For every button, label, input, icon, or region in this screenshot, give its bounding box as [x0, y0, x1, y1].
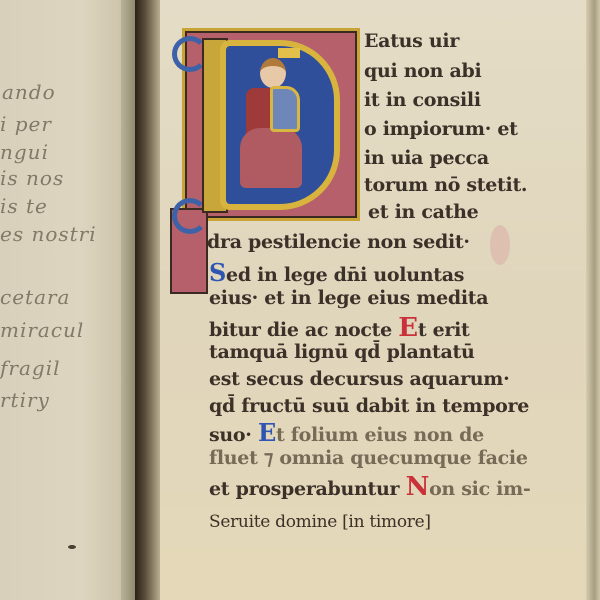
margin-note: rtiry — [0, 388, 50, 412]
margin-note: miracul — [0, 318, 84, 342]
red-initial: E — [398, 313, 418, 343]
text-line: et prosperabuntur Non sic im- — [209, 472, 530, 502]
line-text: et prosperabuntur — [209, 478, 399, 500]
margin-note: ngui — [0, 140, 49, 164]
text-line: qd̄ fructū suū dabit in tempore — [209, 395, 529, 417]
harp-icon — [270, 86, 300, 132]
text-line: torum nō stetit. — [364, 174, 527, 196]
king-head — [260, 58, 286, 88]
book-gutter — [135, 0, 160, 600]
ink-spot — [68, 545, 76, 549]
king-figure — [240, 58, 310, 198]
text-line: qui non abi — [364, 60, 481, 82]
text-line: Eatus uir — [364, 30, 459, 52]
historiated-initial-b — [170, 28, 362, 223]
red-initial: N — [406, 472, 429, 502]
text-line: suo· Et folium eius non de — [209, 418, 484, 447]
blue-initial: E — [258, 418, 276, 447]
line-text: suo· — [209, 424, 252, 446]
text-line: in uia pecca — [364, 147, 489, 169]
margin-note: cetara — [0, 285, 70, 309]
margin-note: ando — [2, 80, 56, 104]
text-line: tamquā lignū qd̄ plantatū — [209, 341, 474, 363]
line-text: ed in lege dn̄i uoluntas — [226, 264, 464, 286]
text-line: dra pestilencie non sedit· — [207, 231, 470, 253]
margin-note: is nos — [0, 166, 64, 190]
text-line: Sed in lege dn̄i uoluntas — [209, 258, 464, 287]
text-line: o impiorum· et — [364, 118, 518, 140]
right-page-edge — [586, 0, 600, 600]
line-text: bitur die ac nocte — [209, 319, 392, 341]
left-page-edge — [121, 0, 135, 600]
line-text: t folium eius non de — [276, 424, 484, 446]
stain — [490, 225, 510, 265]
crown-icon — [278, 48, 300, 58]
text-line: est secus decursus aquarum· — [209, 368, 509, 390]
margin-note: es nostri — [0, 222, 97, 246]
line-text: on sic im- — [429, 478, 530, 500]
margin-note: i per — [0, 112, 52, 136]
text-line: it in consili — [364, 89, 481, 111]
line-text: t erit — [418, 319, 470, 341]
margin-note: is te — [0, 194, 48, 218]
text-line: et in cathe — [368, 201, 478, 223]
margin-note: fragil — [0, 356, 60, 380]
text-line: bitur die ac nocte Et erit — [209, 313, 470, 343]
text-line: fluet ⁊ omnia quecumque facie — [209, 447, 528, 469]
blue-initial: S — [209, 258, 226, 287]
text-line: Seruite domine [in timore] — [209, 512, 431, 532]
king-cloak — [240, 128, 302, 188]
text-line: eius· et in lege eius medita — [209, 287, 488, 309]
left-page: ando i per ngui is nos is te es nostri c… — [0, 0, 135, 600]
